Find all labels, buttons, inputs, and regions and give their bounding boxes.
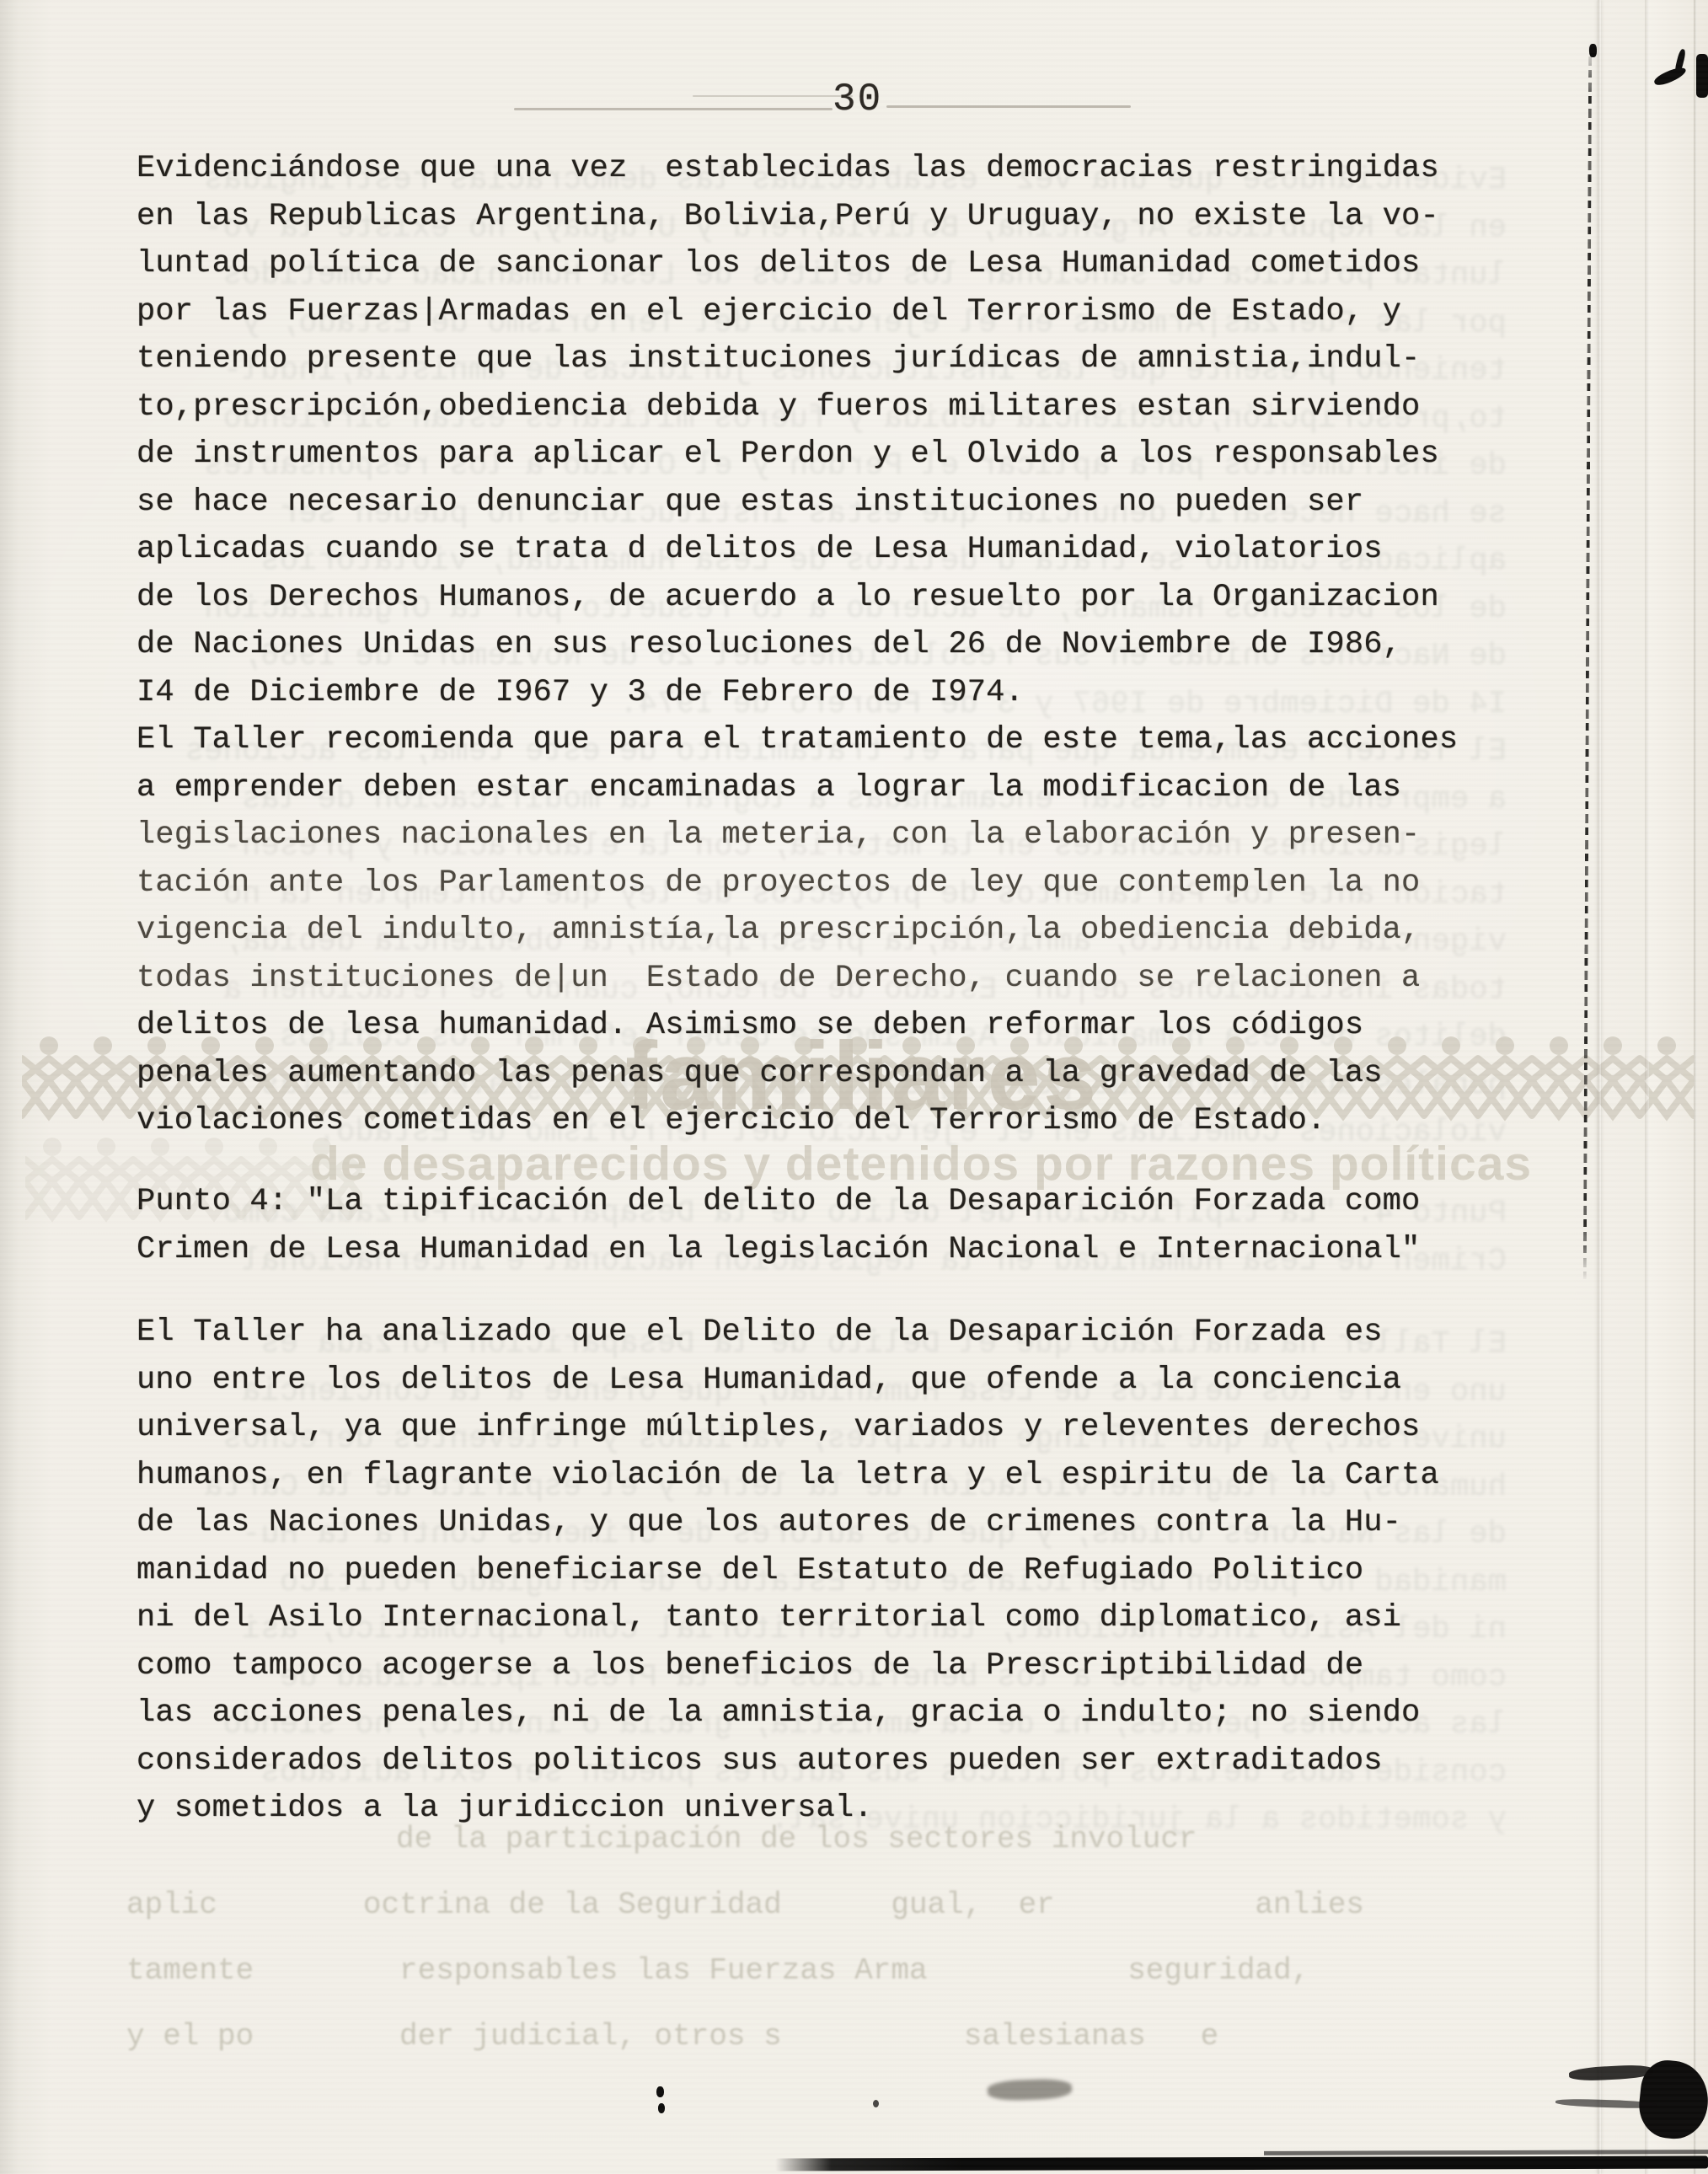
pencil-line [886, 105, 1131, 108]
text-line: Evidenciándose que una vez establecidas … [137, 145, 1485, 193]
scan-mark [1589, 44, 1597, 57]
text-line: considerados delitos politicos sus autor… [137, 1738, 1485, 1786]
scan-mark-bottom-right [1569, 2064, 1654, 2081]
scan-bar-bottom [775, 2156, 1708, 2171]
pencil-line [693, 95, 853, 97]
text-line: Punto 4: "La tipificación del delito de … [137, 1178, 1485, 1226]
pencil-line [514, 108, 833, 110]
text-line: de instrumentos para aplicar el Perdon y… [137, 431, 1485, 479]
text-line: y sometidos a la juridiccion universal. [137, 1785, 1485, 1833]
text-line: de las Naciones Unidas, y que los autore… [137, 1499, 1485, 1547]
paragraph-2-punto4: Punto 4: "La tipificación del delito de … [137, 1178, 1485, 1273]
paragraph-1: Evidenciándose que una vez establecidas … [137, 145, 1485, 1145]
paper-fold-line [1598, 0, 1601, 2174]
text-line: ni del Asilo Internacional, tanto territ… [137, 1594, 1485, 1642]
text-line: humanos, en flagrante violación de la le… [137, 1452, 1485, 1500]
text-line: El Taller recomienda que para el tratami… [137, 716, 1485, 764]
text-line: violaciones cometidas en el ejercicio de… [137, 1097, 1485, 1145]
text-line: legislaciones nacionales en la meteria, … [137, 811, 1485, 859]
scan-mark-top-right [1696, 54, 1708, 98]
paragraph-3: El Taller ha analizado que el Delito de … [137, 1309, 1485, 1833]
text-line: delitos de lesa humanidad. Asimismo se d… [137, 1002, 1485, 1050]
text-line: de Naciones Unidas en sus resoluciones d… [137, 621, 1485, 669]
scan-bar-bottom [1264, 2150, 1708, 2155]
scan-smudge [988, 2078, 1073, 2101]
page-number: 30 [833, 78, 882, 121]
text-line: tación ante los Parlamentos de proyectos… [137, 859, 1485, 908]
text-line: uno entre los delitos de Lesa Humanidad,… [137, 1357, 1485, 1405]
bleed-fragment: tamente responsables las Fuerzas Arma se… [126, 1953, 1309, 1988]
page-edge-strip [1649, 0, 1708, 2174]
text-line: luntad política de sancionar los delitos… [137, 240, 1485, 288]
text-line: en las Republicas Argentina, Bolivia,Per… [137, 193, 1485, 241]
scan-mark [873, 2100, 879, 2107]
text-line: aplicadas cuando se trata d delitos de L… [137, 526, 1485, 574]
text-line: to,prescripción,obediencia debida y fuer… [137, 383, 1485, 431]
text-line: como tampoco acogerse a los beneficios d… [137, 1642, 1485, 1690]
text-line: las acciones penales, ni de la amnistia,… [137, 1689, 1485, 1738]
text-line: todas instituciones de|un Estado de Dere… [137, 955, 1485, 1003]
bleed-fragment: aplic octrina de la Seguridad gual, er a… [126, 1888, 1364, 1922]
text-line: Crimen de Lesa Humanidad en la legislaci… [137, 1226, 1485, 1274]
ink-streak-line [1583, 44, 1592, 1281]
text-line: teniendo presente que las instituciones … [137, 335, 1485, 383]
bleed-fragment: y el po der judicial, otros s salesianas… [126, 2019, 1218, 2054]
text-line: I4 de Diciembre de I967 y 3 de Febrero d… [137, 669, 1485, 717]
text-line: vigencia del indulto, amnistía,la prescr… [137, 907, 1485, 955]
scan-mark [656, 2086, 664, 2097]
scanned-document-page: Evidenciándose que una vez establecidas … [0, 0, 1708, 2174]
scan-mark [658, 2103, 665, 2113]
text-line: a emprender deben estar encaminadas a lo… [137, 764, 1485, 812]
text-line: El Taller ha analizado que el Delito de … [137, 1309, 1485, 1357]
text-line: universal, ya que infringe múltiples, va… [137, 1404, 1485, 1452]
text-line: penales aumentando las penas que corresp… [137, 1050, 1485, 1098]
text-line: manidad no pueden beneficiarse del Estat… [137, 1547, 1485, 1595]
text-line: se hace necesario denunciar que estas in… [137, 479, 1485, 527]
text-line: de los Derechos Humanos, de acuerdo a lo… [137, 574, 1485, 622]
text-line: por las Fuerzas|Armadas en el ejercicio … [137, 288, 1485, 336]
